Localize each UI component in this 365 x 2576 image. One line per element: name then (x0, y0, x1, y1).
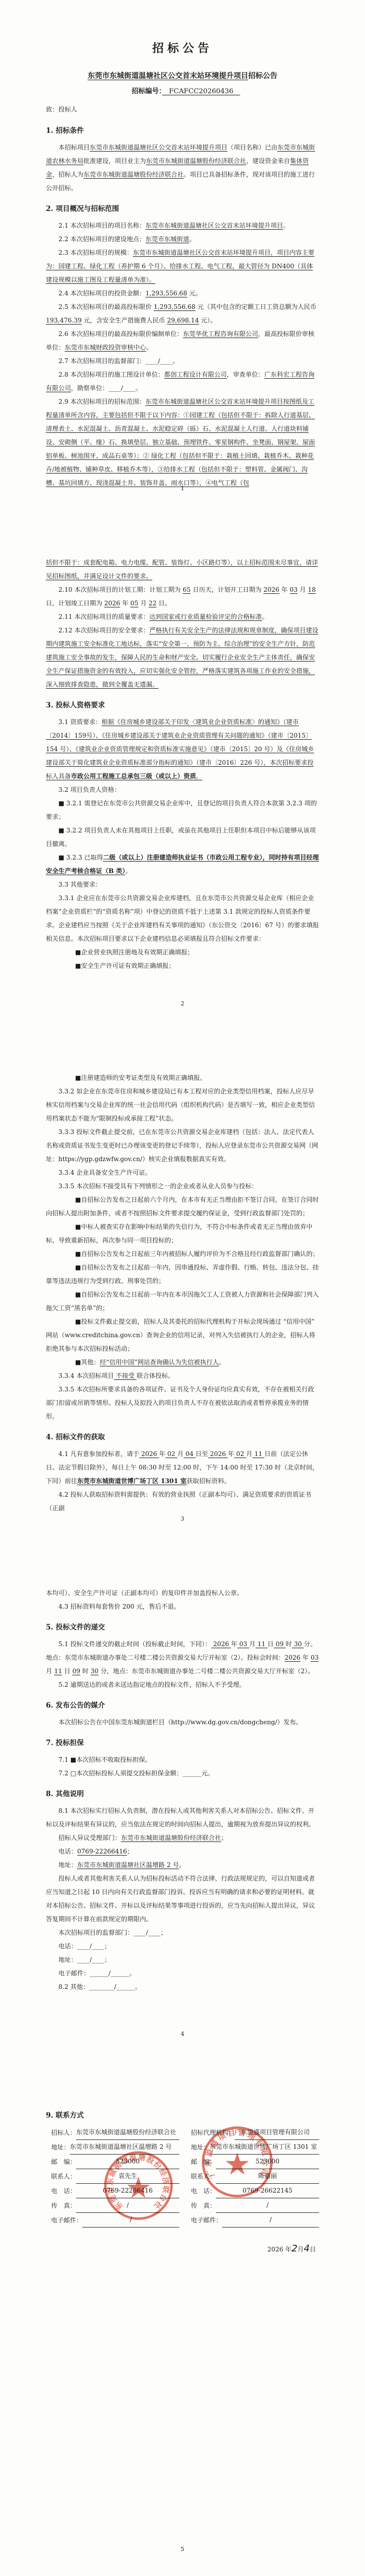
text-run: ■自招标公告发布之日起前三年内被招标人履约评价为不合格且经行政监督部门确认的； (75, 1250, 319, 1258)
text-run: 日。 (156, 600, 171, 607)
project-subtitle: 东莞市东城街道温塘社区公交首末站环境提升项目招标公告 (46, 69, 319, 83)
text-run: 都创工程设计有限公司 (164, 371, 227, 378)
contact-value: / (222, 2213, 319, 2227)
text-run: ■ 3.2.3 已取得 (58, 854, 103, 861)
contact-label: 传 真： (51, 2199, 76, 2213)
paragraph: 8.2 其他：________/______。 (46, 1980, 319, 1994)
text-run: 招标公告 (248, 72, 277, 80)
contact-label: 电子邮件： (191, 2213, 222, 2227)
paragraph: 2.6 本次招标项目的最高投标限价编制单位：东莞华优工程咨询有限公司，最高投标限… (46, 327, 319, 354)
text-run: 03 (311, 1654, 319, 1661)
text-run: 本招标项目 (58, 144, 90, 151)
paragraph: 电子邮件：______/______。 (46, 1967, 319, 1980)
contact-label: 地址： (51, 2141, 70, 2155)
paragraph: 本次招标项目的监督部门：____/____； (46, 1926, 319, 1939)
paragraph: ■企业营业执照注册地及有效期正确填报； (46, 945, 319, 959)
paragraph: 3.3.4 企业具备安全生产许可证。 (46, 1166, 319, 1179)
paragraph: 2.8 本次招标项目的施工图设计单位：都创工程设计有限公司，审查单位：广东科宏工… (46, 368, 319, 395)
text-run: 。 (219, 1359, 225, 1366)
contact-value: 陈嘉丽 (216, 2169, 319, 2184)
text-run: ■中标人被查实存在影响中标结果的失信行为，不符合中标条件或者无正当理由放弃中标，… (46, 1223, 312, 1244)
text-run: 11 (54, 1667, 62, 1675)
contact-value: / (82, 2213, 179, 2227)
paragraph: ■自招标公告发布之日起前一年内在本市因拖欠工人工资被人力资源和社会保障部门列入拖… (46, 1288, 319, 1315)
text-run: 30 (91, 1667, 99, 1675)
contact-label: 邮 编： (51, 2155, 76, 2169)
paragraph: 2.9 本次招标项目的招标范围：东莞市东城街道温塘社区公交首末站环境提升项目按图… (46, 395, 319, 490)
text-run: ，建设资金来自 (246, 157, 290, 165)
paragraph: 地址：东莞市东城街道温塘社区温增路 2 号。 (46, 1858, 319, 1872)
text-run: 1,293,556.68 (154, 303, 196, 310)
date-text: 2026 年 (267, 2246, 291, 2253)
text-run: 4.3 招标资料每套售价 200 元，售后不退。 (58, 1603, 180, 1610)
text-run: 09 (72, 1667, 80, 1675)
tenderer-contact-column: 招标人：东莞市东城街道温塘股份经济联合社地址：东莞市东城街道温塘社区温增路 2 … (51, 2125, 179, 2227)
text-run: 元）。 (199, 317, 216, 324)
text-run: 7.1 ■本次招标不收取投标担保。 (58, 1756, 151, 1763)
text-run: 2.1 本次招标项目的项目名称： (58, 222, 145, 229)
contact-row: 电子邮件：/ (51, 2213, 179, 2227)
text-run: 2.8 本次招标项目的施工图设计单位： (58, 371, 164, 378)
paragraph: 7.1 ■本次招标不收取投标担保。 (46, 1753, 319, 1766)
text-run: 。 (146, 344, 152, 351)
text-run: 日至 (196, 1450, 208, 1458)
text-run: 东莞市东城街道温塘社区公交首末站环境提升项目 (145, 222, 283, 229)
text-run: 不接受 (114, 1372, 137, 1379)
tender-announcement-document: 招标公告东莞市东城街道温塘社区公交首末站环境提升项目招标公告招标编号： FCAF… (0, 0, 365, 2576)
text-run: 2.7 本次招标项目的监督部门：____/____。 (58, 357, 179, 365)
text-run: 严格执行有关安全生产的法律法规和规章制度，确保项目建设期内建筑施工安全标准化工地… (46, 627, 319, 688)
paragraph: 地址：____/____； (46, 1953, 319, 1967)
text-run: 年 (231, 1640, 237, 1648)
paragraph: 2.2 本次招标项目的建设地点：东莞市东城街道。 (46, 232, 319, 246)
text-run: ■其他： (75, 1359, 100, 1366)
text-run: 月 (138, 600, 149, 607)
text-run: 8.1 本次招标实行招标人负责制，潜在投标人或其他利害关系人对本招标公告、招标文… (46, 1807, 315, 1828)
paragraph: 5.1 投标文件递交的截止时间（投标截止时间，下同）： 2026 年 03 月 … (46, 1637, 319, 1678)
paragraph: 3.3.1 企业应在东莞市公共资源交易企业库建档，且在东莞市公共资源交易企业库（… (46, 891, 319, 945)
paragraph: 7.2 □本次招标投标人须提交投标担保金额：______元。 (46, 1766, 319, 1780)
text-run: 元，含安全生产措施费人民币 (82, 317, 167, 324)
text-run: 日 (267, 1640, 274, 1648)
text-run: 电子邮件：______/______。 (58, 1970, 136, 1977)
paragraph: 3.3.2 如企业在东莞市住房和城乡建设局已有本工程对应的企业类型信用档案，投标… (46, 1085, 319, 1125)
section-heading: 2. 项目概况与招标范围 (46, 202, 319, 216)
signature-date-line: 2026 年2月4日 (46, 2241, 319, 2257)
paragraph: 2.3 本次招标项目的规模：东莞市东城街道温塘社区公交首末站环境提升项目，项目内… (46, 246, 319, 287)
document-page-5: 9. 联系方式招标人：东莞市东城街道温塘股份经济联合社地址：东莞市东城街道温塘社… (0, 2061, 365, 2576)
text-run: 3.1 资质要求： (58, 718, 102, 726)
text-run: （项目名称）已由 (227, 144, 277, 151)
section-heading: 9. 联系方式 (46, 2109, 319, 2122)
text-run: 09 (274, 1640, 286, 1648)
text-run: 。 (189, 235, 196, 243)
paragraph: 2.5 本次招标项目的最高投标限价 1,293,556.68 元（其中包含的定额… (46, 300, 319, 327)
tender-number: 招标编号： FCAFCC20260436 (46, 84, 319, 99)
paragraph: 5.2 逾期送达的或者未送达指定地点的投标文件，招标人不予受理。 (46, 1678, 319, 1691)
contact-value: 袁先生 (76, 2169, 179, 2184)
text-run: 根据《住房城乡建设部关于印发〈建筑业企业资质标准〉的通知》（建市〔2014〕15… (46, 718, 314, 780)
text-run: 193,476.39 (46, 317, 82, 324)
date-text: 日 (310, 2246, 316, 2253)
text-run: ■安全生产许可证有效期正确填报； (75, 962, 175, 969)
text-run: 2.11 本次招标项目的质量要求： (58, 613, 150, 620)
text-run: 批准建设，项目业主为 (83, 157, 146, 165)
text-run: 。 (196, 773, 202, 780)
page-number: 1 (0, 485, 365, 492)
document-page-2: 括但不限于：成套配电箱、电力电缆、配管、装饰灯、小区路灯等），以上招标范围未尽事… (0, 515, 365, 1030)
text-run: 月 (177, 1450, 184, 1458)
date-text: 月 (298, 2246, 304, 2253)
contact-row: 邮 编：523000 (51, 2155, 179, 2169)
text-run: 联合体投标。 (137, 1372, 174, 1379)
text-run: 地址：____/____； (58, 1956, 111, 1963)
tender-number-value: FCAFCC20260436 (162, 88, 240, 95)
text-run: 元（其中包含的定额工日工资总额为人民币 (196, 303, 317, 310)
text-run: 3.3.2 如企业在东莞市住房和城乡建设局已有本工程对应的企业类型信用档案，投标… (46, 1088, 315, 1122)
text-run: 经“信用中国”网站查询确认为失信被执行人 (100, 1359, 218, 1366)
contact-value: 523000 (216, 2155, 319, 2169)
section-heading: 4. 招标文件的获取 (46, 1430, 319, 1444)
paragraph: ■其他：经“信用中国”网站查询确认为失信被执行人。 (46, 1355, 319, 1369)
text-run: 达到国家或行业质量检验评定的合格标准 (150, 613, 262, 620)
contact-row: 邮 编：523000 (191, 2155, 319, 2169)
handwritten-date-digit: 2 (291, 2243, 297, 2254)
paragraph: 2.10 本次招标项目的计划工期：计划工期为 65 日历天，计划开工日期为 20… (46, 583, 319, 610)
text-run: 本次招标项目的监督部门：____/____； (58, 1929, 167, 1936)
text-run: ■投标文件截止提交前，招标人及其委托的招标代理机构于开标会现场通过 “信用中国”… (46, 1318, 315, 1352)
contact-value: / (76, 2198, 179, 2213)
contact-label: 电 话： (51, 2184, 76, 2198)
contact-label: 招标代理机构： (191, 2126, 235, 2140)
text-run: 3.3.5 本次招标不接受具有下列情形之一的企业或者从业人员参与投标： (58, 1183, 258, 1190)
paragraph: 8.1 本次招标实行招标人负责制，潜在投标人或其他利害关系人对本招标公告、招标文… (46, 1804, 319, 1831)
paragraph: ■自招标公告发布之日起前一年内，因串通投标、弄虚作假、行贿、转包、违法分包、挂靠… (46, 1261, 319, 1288)
text-run: 5.2 逾期送达的或者未送达指定地点的投标文件，招标人不予受理。 (58, 1681, 246, 1688)
text-run: 2.3 本次招标项目的规模： (58, 249, 133, 256)
contact-value: / (216, 2198, 319, 2213)
contact-label: 邮 编： (191, 2155, 216, 2169)
text-run: 东莞市东城街道温塘社区温增路 2 号 (77, 1861, 179, 1869)
section-heading: 7. 投标担保 (46, 1736, 319, 1750)
paragraph: 4.1 凡有意参加投标者，请于 2026 年 02 月 04 日至 2026 年… (46, 1447, 319, 1488)
text-run: 05 (130, 600, 138, 607)
text-run: 东莞市东城街道 (145, 235, 189, 243)
text-run: ■ 3.2.1 需登记在东莞市公共资源交易企业库中，且登记的项目负责人符合本款第… (46, 800, 317, 820)
contact-row: 电子邮件：/ (191, 2213, 319, 2227)
paragraph: 4.2 投标人获取招标资料需提供：有效的营业执照（正副本均可）、满足资质要求的资… (46, 1488, 319, 1515)
text-run: 2.5 本次招标项目的最高投标限价 (58, 303, 154, 310)
text-run: 3.3 其他要求： (58, 881, 102, 888)
text-run: 03 (289, 586, 297, 593)
text-run: 日，计划竣工日期为 (46, 600, 104, 607)
paragraph: 3.2 项目负责人资格： (46, 783, 319, 797)
contact-label: 地址： (191, 2141, 210, 2155)
text-run: 11 (256, 1640, 267, 1648)
paragraph: ■投标文件截止提交前，招标人及其委托的招标代理机构于开标会现场通过 “信用中国”… (46, 1315, 319, 1355)
text-run: 3.3.3 投标文件截止提交前，已在东莞市公共资源交易企业库建档（包括：法人、法… (46, 1128, 318, 1163)
page-number: 3 (0, 1515, 365, 1523)
paragraph: 招标人异议受理部门：东莞市东城街道温塘股份经济联合社； (46, 1831, 319, 1845)
contact-row: 招标代理机构：广东溢盛项目管理有限公司 (191, 2125, 319, 2140)
contact-label: 电 话： (191, 2184, 216, 2198)
paragraph: 2.4 本次招标项目的投资金额：1,293,556.68 元。 (46, 287, 319, 300)
contact-row: 联系人：袁先生 (51, 2169, 179, 2184)
text-run: 电话：____/____； (58, 1943, 111, 1950)
text-run: 东莞市东城街道温塘股份经济联合社 (121, 1834, 221, 1841)
text-run: 年 (159, 1450, 165, 1458)
contact-row: 传 真：/ (191, 2198, 319, 2213)
contact-value: 东莞市东城街道世博广场丁区 1301 室 (210, 2140, 319, 2155)
paragraph: ■ 3.2.1 需登记在东莞市公共资源交易企业库中，且登记的项目负责人符合本款第… (46, 797, 319, 824)
paragraph: 2.7 本次招标项目的监督部门：____/____。 (46, 354, 319, 368)
text-run: 2026 (104, 600, 120, 607)
text-run: 2026 (208, 1450, 228, 1458)
text-run: 2.9 本次招标项目的招标范围： (58, 398, 145, 405)
paragraph: 2.11 本次招标项目的质量要求：达到国家或行业质量检验评定的合格标准。 (46, 610, 319, 624)
section-heading: 1. 招标条件 (46, 124, 319, 138)
text-run: 04 (184, 1450, 196, 1458)
paragraph: 3.3.4 本次招标项目 不接受 联合体投标。 (46, 1369, 319, 1383)
text-run: 3.3.5 本次招标所要求具备的各项证件、证书及个人身份证均应真实有效，不存在被… (46, 1386, 314, 1420)
contact-row: 地址：东莞市东城街道世博广场丁区 1301 室 (191, 2140, 319, 2155)
contact-label: 联系人： (51, 2170, 76, 2184)
text-run: 获取招标资料。 (187, 1477, 230, 1485)
paragraph: 投标人或者其他利害关系人认为招标投标活动不符合法律、行政法规规定的，可以自知道或… (46, 1872, 319, 1926)
paragraph: ■自招标公告发布之日起前六个月内，在本市有无正当理由拒不签订合同，在签订合同时向… (46, 1193, 319, 1220)
document-page-1: 招标公告东莞市东城街道温塘社区公交首末站环境提升项目招标公告招标编号： FCAF… (0, 0, 365, 515)
document-page-4: 本均可）、安全生产许可证（正副本均可）的复印件并加盖投标人公章。4.3 招标资料… (0, 1546, 365, 2061)
paragraph: 电话：0769-22266416； (46, 1845, 319, 1858)
text-run: 2026 (263, 586, 279, 593)
contact-row: 地址：东莞市东城街道温塘社区温增路 2 号 (51, 2140, 179, 2155)
text-run: 日 (62, 1667, 72, 1675)
text-run: 年 (228, 1450, 234, 1458)
paragraph: 2.1 本次招标项目的项目名称：东莞市东城街道温塘社区公交首末站环境提升项目。 (46, 219, 319, 232)
agency-contact-column: 招标代理机构：广东溢盛项目管理有限公司地址：东莞市东城街道世博广场丁区 1301… (191, 2125, 319, 2227)
page-title: 招标公告 (46, 41, 319, 56)
text-run: 东莞市东城街道温塘社区公交首末站环境提升项目 (88, 72, 248, 80)
paragraph: ■自招标公告发布之日起前三年内被招标人履约评价为不合格且经行政监督部门确认的； (46, 1247, 319, 1261)
contact-value: 0769-22266416 (76, 2184, 179, 2198)
contact-row: 传 真：/ (51, 2198, 179, 2213)
text-run: 时 (286, 1640, 292, 1648)
contact-row: 电 话：0769-26622145 (191, 2184, 319, 2198)
text-run: 22 (149, 600, 156, 607)
text-run: 。 (179, 1861, 185, 1869)
text-run: 分，地点：东莞市东城街道办事处二号楼二楼公共资源交易大厅开标室（2）。 (99, 1667, 314, 1675)
paragraph: 3.3.3 投标文件截止提交前，已在东莞市公共资源交易企业库建档（包括：法人、法… (46, 1125, 319, 1166)
section-heading: 5. 投标文件的递交 (46, 1621, 319, 1634)
page-number: 2 (0, 1000, 365, 1007)
text-run: 时 (80, 1667, 91, 1675)
text-run: 。 (262, 613, 269, 620)
text-run: 东莞市东城街道温塘股份经济联合社 (146, 157, 246, 165)
text-run: 东莞市东城街道温塘社区公交首末站环境提升项目按图纸及工程量清单所含内容，主要包括… (46, 398, 315, 487)
text-run: 4.1 凡有意参加投标者，请于 (58, 1450, 139, 1458)
text-run: ■企业营业执照注册地及有效期正确填报； (75, 949, 193, 956)
text-run: 2026 (211, 1640, 231, 1648)
paragraph: ■ 3.2.3 已取得二级（或以上）注册建造师执业证书（市政公用工程专业），同时… (46, 851, 319, 878)
contact-value: 523000 (76, 2155, 179, 2169)
text-run: 2.12 本次招标项目的安全要求： (58, 627, 150, 634)
contact-label: 传 真： (191, 2199, 216, 2213)
text-run: 29,698.14 (167, 317, 199, 324)
paragraph: 本次招标公告在中国东莞东城街道栏目（http://www.dg.gov.cn/d… (46, 1715, 319, 1729)
section-heading: 3. 投标人资格要求 (46, 699, 319, 712)
text-run: 月 (249, 1640, 256, 1648)
contact-label: 招标人： (51, 2126, 76, 2140)
text-run: ； (221, 1834, 227, 1841)
text-run: 03 (237, 1640, 249, 1648)
paragraph: 本招标项目东莞市东城街道温塘社区公交首末站环境提升项目（项目名称）已由东莞市东城… (46, 141, 319, 195)
section-heading: 8. 其他说明 (46, 1787, 319, 1801)
paragraph: ■中标人被查实存在影响中标结果的失信行为，不符合中标条件或者无正当理由放弃中标，… (46, 1220, 319, 1247)
text-run: 年 (120, 600, 130, 607)
text-run: 4.2 投标人获取招标资料需提供：有效的营业执照（正副本均可）、满足资质要求的资… (46, 1491, 311, 1512)
text-run: 30 (292, 1640, 304, 1648)
contact-label: 联系人： (191, 2170, 216, 2184)
text-run: 东莞市东城街道世博广场丁区 1301 室 (77, 1477, 187, 1485)
paragraph: ■ 3.2.2 项目负责人未在其他项目上任职，或虽在其他项目上任职但本项目中标后… (46, 824, 319, 851)
paragraph: 3.3.5 本次招标所要求具备的各项证件、证书及个人身份证均应真实有效，不存在被… (46, 1383, 319, 1423)
paragraph: 2.12 本次招标项目的安全要求：严格执行有关安全生产的法律法规和规章制度，确保… (46, 624, 319, 691)
text-run: 0769-22266416 (77, 1848, 127, 1855)
text-run: 。 (283, 222, 289, 229)
page-number: 5 (0, 2546, 365, 2553)
text-run: 1,293,556.68 (145, 290, 187, 297)
text-run: 2.4 本次招标项目的投资金额： (58, 290, 145, 297)
paragraph: 3.3.5 本次招标不接受具有下列情形之一的企业或者从业人员参与投标： (46, 1179, 319, 1193)
text-run: 2.10 本次招标项目的计划工期：计划工期为 (58, 586, 182, 593)
text-run: ，审查单位： (227, 371, 264, 378)
tender-number-label: 招标编号： (132, 88, 163, 95)
paragraph: 电话：____/____； (46, 1939, 319, 1953)
contact-value: 0769-26622145 (216, 2184, 319, 2198)
text-run: ■注册建造师的安考证类型及有效期正确填报。 (75, 1074, 206, 1081)
text-run: 月 (246, 1450, 252, 1458)
text-run: 5.1 投标文件递交的截止时间（投标截止时间，下同）： (58, 1640, 211, 1648)
text-run: ■自招标公告发布之日起前一年内在本市因拖欠工人工资被人力资源和社会保障部门列入拖… (46, 1291, 319, 1312)
text-run: 地址： (58, 1861, 77, 1869)
contact-row: 联系人：陈嘉丽 (191, 2169, 319, 2184)
document-page-3: ■注册建造师的安考证类型及有效期正确填报。3.3.2 如企业在东莞市住房和城乡建… (0, 1030, 365, 1546)
text-run: 括但不限于：成套配电箱、电力电缆、配管、装饰灯、小区路灯等），以上招标范围未尽事… (46, 559, 318, 580)
text-run: 年 (300, 1654, 311, 1661)
text-run: 2.2 本次招标项目的建设地点： (58, 235, 145, 243)
paragraph: 4.3 招标资料每套售价 200 元，售后不退。 (46, 1600, 319, 1613)
contact-row: 招标人：东莞市东城街道温塘股份经济联合社 (51, 2125, 179, 2140)
text-run: 本次招标公告在中国东莞东城街道栏目（http://www.dg.gov.cn/d… (58, 1719, 302, 1726)
text-run: 。 (125, 867, 131, 875)
text-run: 11 (252, 1450, 264, 1458)
text-run: ■自招标公告发布之日起前六个月内，在本市有无正当理由拒不签订合同，在签订合同时向… (46, 1196, 319, 1217)
text-run: 东莞华优工程咨询有限公司 (183, 330, 258, 338)
contact-row: 电 话：0769-22266416 (51, 2184, 179, 2198)
text-run: ■自招标公告发布之日起前一年内，因串通投标、弄虚作假、行贿、转包、违法分包、挂靠… (46, 1264, 319, 1285)
paragraph: 本均可）、安全生产许可证（正副本均可）的复印件并加盖投标人公章。 (46, 1586, 319, 1600)
page-number: 4 (0, 2031, 365, 2038)
text-run: ，勘察单位：____/____。 (71, 384, 142, 392)
text-run: ； (127, 1848, 133, 1855)
text-run: 7.2 □本次招标投标人须提交投标担保金额：______元。 (58, 1770, 214, 1777)
handwritten-date-digit: 4 (304, 2243, 310, 2254)
text-run: 东莞市东城街道温塘股份经济联合社 (83, 171, 184, 178)
contact-value: 东莞市东城街道温塘社区温增路 2 号 (70, 2140, 179, 2155)
paragraph: 括但不限于：成套配电箱、电力电缆、配管、装饰灯、小区路灯等），以上招标范围未尽事… (46, 556, 319, 583)
text-run: 东莞市东城财政投资审核中心 (65, 344, 146, 351)
text-run: 月 (46, 1667, 54, 1675)
text-run: 招标人异议受理部门： (58, 1834, 121, 1841)
text-run: 18 (308, 586, 315, 593)
text-run: 3.3.4 企业具备安全生产许可证。 (58, 1169, 151, 1176)
text-run: 02 (165, 1450, 177, 1458)
text-run: 2.6 本次招标项目的最高投标限价编制单位： (58, 330, 183, 338)
contact-value: 广东溢盛项目管理有限公司 (235, 2125, 319, 2140)
text-run: 投标人或者其他利害关系人认为招标投标活动不符合法律、行政法规规定的，可以自知道或… (46, 1875, 315, 1923)
contact-value: 东莞市东城街道温塘股份经济联合社 (76, 2125, 179, 2140)
text-run: 3.2 项目负责人资格： (58, 786, 120, 793)
paragraph: ■注册建造师的安考证类型及有效期正确填报。 (46, 1071, 319, 1085)
text-run: 2026 (285, 1654, 301, 1661)
text-run: 电话： (58, 1848, 77, 1855)
text-run: 65 (182, 586, 190, 593)
text-run: 市政公用工程施工总承包三级（或以上）资质 (71, 773, 196, 780)
text-run: 本均可）、安全生产许可证（正副本均可）的复印件并加盖投标人公章。 (46, 1589, 243, 1597)
text-run: 月 (298, 586, 308, 593)
text-run: 3.3.1 企业应在东莞市公共资源交易企业库建档，且在东莞市公共资源交易企业库（… (46, 894, 319, 942)
text-run: ，招标人为 (52, 171, 83, 178)
text-run: 东莞市东城街道温塘社区公交首末站环境提升项目 (90, 144, 227, 151)
text-run: 元。 (187, 290, 202, 297)
text-run: 3.3.4 本次招标项目 (58, 1372, 114, 1379)
paragraph: 3.3 其他要求： (46, 878, 319, 891)
text-run: 年 (279, 586, 290, 593)
text-run: 2026 (139, 1450, 159, 1458)
paragraph: 3.1 资质要求：根据《住房城乡建设部关于印发〈建筑业企业资质标准〉的通知》（建… (46, 715, 319, 783)
addressee-line: 致：投标人 (46, 102, 319, 117)
contact-info-grid: 招标人：东莞市东城街道温塘股份经济联合社地址：东莞市东城街道温塘社区温增路 2 … (46, 2125, 319, 2227)
text-run: 02 (234, 1450, 246, 1458)
text-run: 8.2 其他：________/______。 (58, 1983, 141, 1990)
contact-label: 电子邮件： (51, 2213, 82, 2227)
paragraph: ■安全生产许可证有效期正确填报； (46, 959, 319, 973)
text-run: 日历天，计划开工日期为 (191, 586, 264, 593)
section-heading: 6. 发布公告的媒介 (46, 1699, 319, 1712)
text-run: ■ 3.2.2 项目负责人未在其他项目上任职，或虽在其他项目上任职但本项目中标后… (46, 827, 316, 848)
